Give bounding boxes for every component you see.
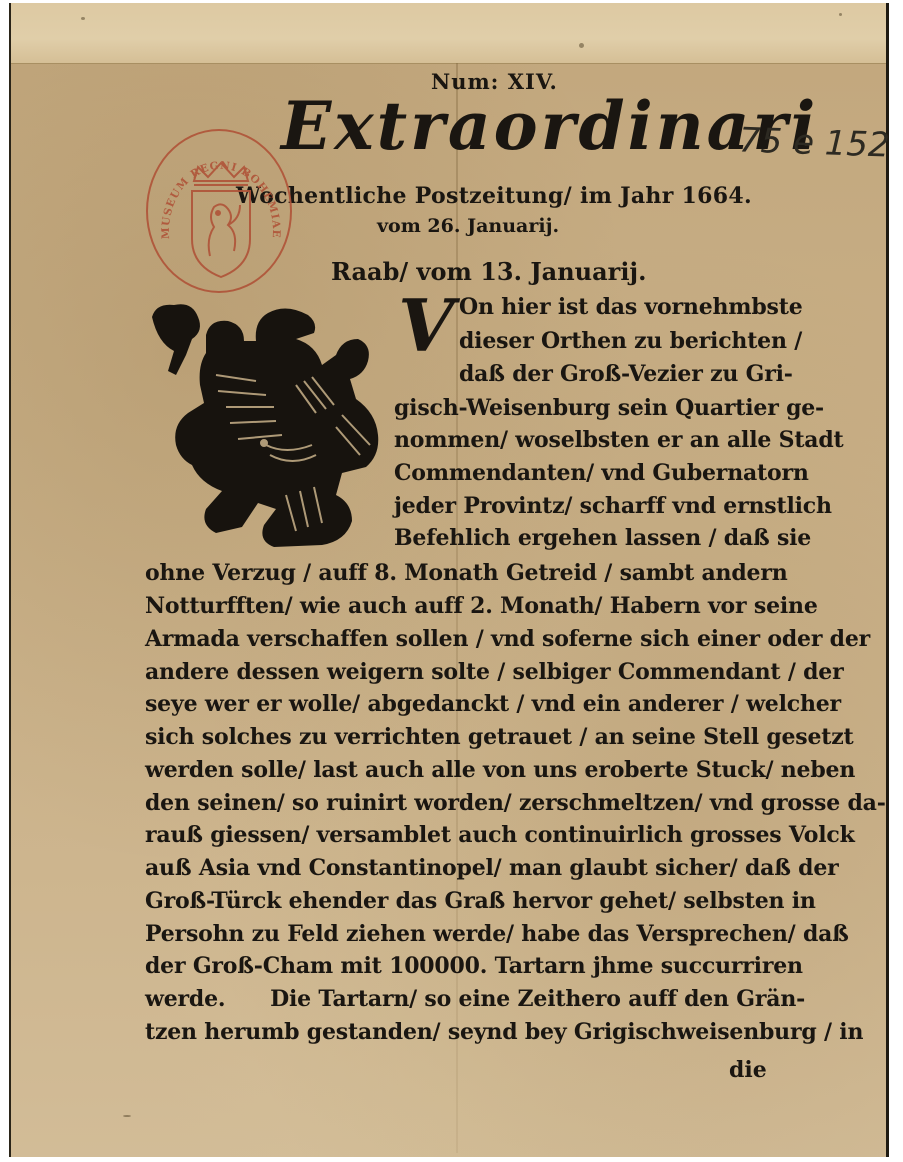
article-line: Commendanten/ vnd Gubernatorn — [394, 458, 809, 488]
masthead-subtitle: Wochentliche Postzeitung/ im Jahr 1664. — [236, 183, 752, 209]
article-line: sich solches zu verrichten getrauet / an… — [145, 722, 854, 752]
article-line: rauß giessen/ versamblet auch continuirl… — [145, 820, 855, 850]
woodcut-illustration — [146, 295, 391, 553]
article-line: ohne Verzug / auff 8. Monath Getreid / s… — [145, 558, 788, 588]
folded-top-edge — [11, 3, 886, 64]
article-line: werden solle/ last auch alle von uns ero… — [145, 755, 855, 785]
paper-speck — [81, 17, 85, 20]
article-line: On hier ist das vornehmbste — [459, 292, 803, 322]
article-line: Armada verschaffen sollen / vnd soferne … — [145, 624, 870, 654]
article-line: Notturfften/ wie auch auff 2. Monath/ Ha… — [145, 591, 818, 621]
lion-shield-icon — [192, 191, 250, 277]
article-line: gisch-Weisenburg sein Quartier ge- — [394, 393, 824, 423]
issue-date: vom 26. Januarij. — [377, 215, 559, 237]
article-line: der Groß-Cham mit 100000. Tartarn jhme s… — [145, 951, 803, 981]
article-line: werde. Die Tartarn/ so eine Zeithero auf… — [145, 984, 805, 1014]
drop-cap: V — [397, 293, 455, 359]
article-line: Persohn zu Feld ziehen werde/ habe das V… — [145, 919, 849, 949]
article-line: andere dessen weigern solte / selbiger C… — [145, 657, 844, 687]
paper-speck — [123, 1115, 131, 1117]
paper-speck — [839, 13, 842, 16]
paper-speck — [579, 43, 584, 48]
article-line: daß der Groß-Vezier zu Gri- — [459, 359, 793, 389]
masthead-title: Extraordinari — [281, 93, 818, 159]
newspaper-page: Num: XIV. Extraordinari Wochentliche Pos… — [9, 3, 889, 1157]
museum-stamp: MUSEUM REGNI BOHEMIAE — [146, 129, 292, 293]
article-line: den seinen/ so ruinirt worden/ zerschmel… — [145, 788, 886, 818]
article-line: nommen/ woselbsten er an alle Stadt — [394, 425, 843, 455]
article-line: tzen herumb gestanden/ seynd bey Grigisc… — [145, 1017, 863, 1047]
article-dateline: Raab/ vom 13. Januarij. — [331, 257, 646, 286]
stamp-text: MUSEUM REGNI BOHEMIAE — [160, 160, 282, 240]
article-line: dieser Orthen zu berichten / — [459, 326, 802, 356]
article-line: Befehlich ergehen lassen / daß sie — [394, 523, 811, 553]
article-line: jeder Provintz/ scharff vnd ernstlich — [394, 491, 832, 521]
handwritten-shelfmark: 75 e 152 — [738, 120, 890, 165]
article-line: seye wer er wolle/ abgedanckt / vnd ein … — [145, 689, 841, 719]
catchword: die — [729, 1057, 767, 1083]
article-line: Groß-Türck ehender das Graß hervor gehet… — [145, 886, 816, 916]
article-line: auß Asia vnd Constantinopel/ man glaubt … — [145, 853, 839, 883]
